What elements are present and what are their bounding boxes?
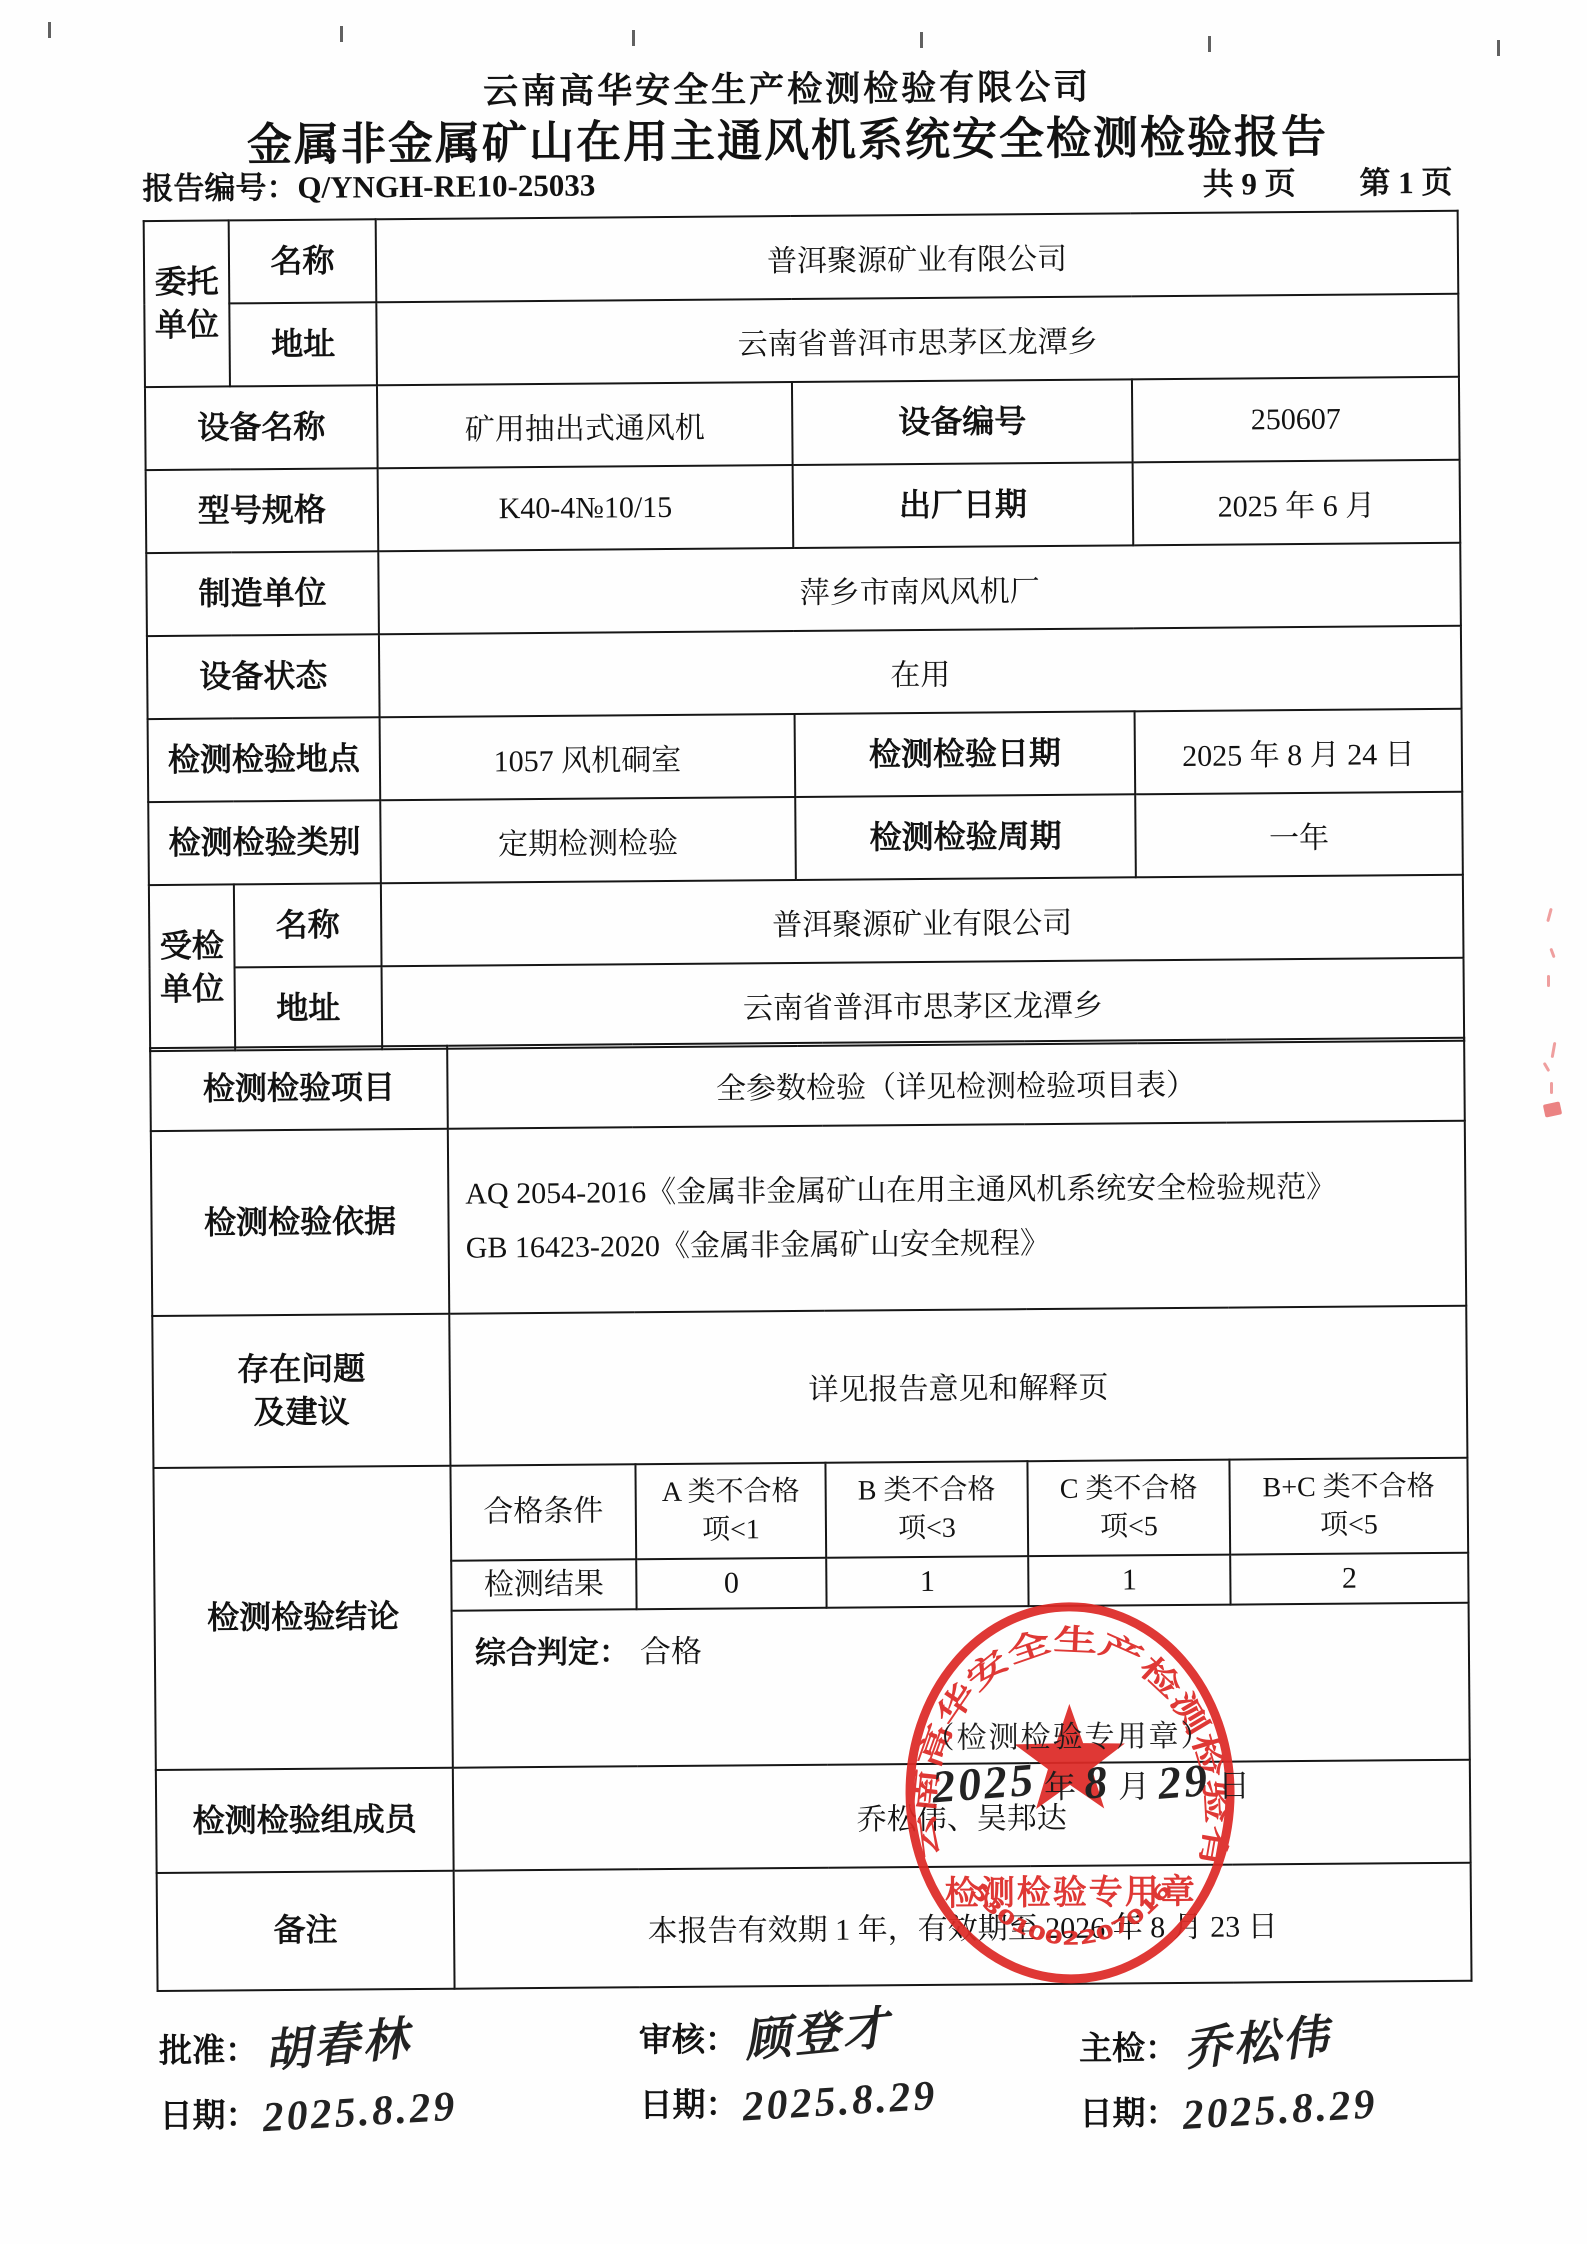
table-row: 制造单位 萍乡市南风风机厂 xyxy=(146,543,1461,636)
pages-total: 共 9 页 xyxy=(1203,166,1296,202)
insp-date-label: 检测检验日期 xyxy=(795,711,1136,797)
mfg-date-label: 出厂日期 xyxy=(793,462,1134,548)
inspected-addr-value: 云南省普洱市思茅区龙潭乡 xyxy=(382,958,1465,1049)
model-label: 型号规格 xyxy=(146,468,379,553)
location-value: 1057 风机硐室 xyxy=(380,714,796,800)
page-current: 第 1 页 xyxy=(1359,165,1452,201)
problems-label-line1: 存在问题 xyxy=(154,1347,449,1393)
chief-signature-block: 主检：乔松伟 日期：2025.8.29 xyxy=(1079,2004,1550,2136)
inspected-name-label: 名称 xyxy=(234,883,382,967)
seal-date-month-unit: 月 xyxy=(1118,1768,1150,1804)
table-row: 设备状态 在用 xyxy=(147,626,1462,719)
review-date-label: 日期： xyxy=(639,2087,738,2124)
client-name-label: 名称 xyxy=(229,219,377,303)
table-row: 检测检验类别 定期检测检验 检测检验周期 一年 xyxy=(148,792,1463,885)
location-label: 检测检验地点 xyxy=(148,717,381,802)
basis-value: AQ 2054-2016《金属非金属矿山在用主通风机系统安全检验规范》 GB 1… xyxy=(448,1121,1466,1314)
cat-b-limit: 项<3 xyxy=(827,1509,1027,1548)
inspected-group-label: 受检单位 xyxy=(149,884,235,1051)
approve-signature: 胡春林 xyxy=(261,2002,414,2082)
review-date: 2025.8.29 xyxy=(741,2072,939,2132)
inspected-name-value: 普洱聚源矿业有限公司 xyxy=(381,875,1464,966)
table-row: 地址 云南省普洱市思茅区龙潭乡 xyxy=(150,958,1465,1051)
seal-date-day: 29 xyxy=(1156,1753,1212,1810)
table-row: 备注 本报告有效期 1 年，有效期至 2026 年 8 月 23 日 xyxy=(157,1863,1472,1991)
approve-date-label: 日期： xyxy=(159,2098,258,2135)
items-label: 检测检验项目 xyxy=(150,1046,448,1131)
cat-c-limit: 项<5 xyxy=(1029,1507,1229,1546)
model-value: K40-4№10/15 xyxy=(378,465,794,551)
category-label: 检测检验类别 xyxy=(148,800,381,885)
document-sheet: 云南高华安全生产检测检验有限公司 金属非金属矿山在用主通风机系统安全检测检验报告… xyxy=(0,0,1587,2244)
conclusion-label: 检测检验结论 xyxy=(153,1466,452,1770)
chief-label: 主检： xyxy=(1079,2031,1178,2068)
table-row: 受检单位 名称 普洱聚源矿业有限公司 xyxy=(149,875,1464,968)
status-value: 在用 xyxy=(379,626,1462,717)
basis-line2: GB 16423-2020《金属非金属矿山安全规程》 xyxy=(466,1213,1465,1275)
table-row: 检测检验结论 合格条件 A 类不合格 项<1 B 类不合格 项<3 C 类不合格… xyxy=(153,1458,1468,1563)
seal-date-day-unit: 日 xyxy=(1218,1767,1250,1803)
cycle-label: 检测检验周期 xyxy=(795,794,1136,880)
review-signature-block: 审核：顾登才 日期：2025.8.29 xyxy=(639,1996,1110,2128)
table-row: 委托单位 名称 普洱聚源矿业有限公司 xyxy=(144,211,1459,304)
report-page: 云南高华安全生产检测检验有限公司 金属非金属矿山在用主通风机系统安全检测检验报告… xyxy=(0,0,1587,2244)
basis-label: 检测检验依据 xyxy=(151,1129,449,1316)
device-name-value: 矿用抽出式通风机 xyxy=(377,382,793,468)
report-number-value: Q/YNGH-RE10-25033 xyxy=(297,168,595,205)
chief-signature: 乔松伟 xyxy=(1181,2000,1334,2080)
remark-label: 备注 xyxy=(157,1871,455,1991)
manufacturer-value: 萍乡市南风风机厂 xyxy=(378,543,1461,634)
cat-bc-header: B+C 类不合格 项<5 xyxy=(1229,1458,1468,1555)
insp-date-value: 2025 年 8 月 24 日 xyxy=(1135,709,1463,795)
problems-label: 存在问题 及建议 xyxy=(152,1314,450,1468)
review-signature: 顾登才 xyxy=(741,1991,894,2071)
cat-c-title: C 类不合格 xyxy=(1029,1469,1229,1508)
approve-label: 批准： xyxy=(159,2033,258,2070)
problems-value: 详见报告意见和解释页 xyxy=(449,1306,1467,1466)
table-row: 检测检验依据 AQ 2054-2016《金属非金属矿山在用主通风机系统安全检验规… xyxy=(151,1121,1466,1316)
cat-a-header: A 类不合格 项<1 xyxy=(635,1463,826,1559)
problems-label-line2: 及建议 xyxy=(154,1390,449,1436)
table-row: 地址 云南省普洱市思茅区龙潭乡 xyxy=(144,294,1459,387)
report-number-label: 报告编号： xyxy=(142,170,297,206)
status-label: 设备状态 xyxy=(147,634,380,719)
result-bc: 2 xyxy=(1230,1553,1468,1605)
inspected-addr-label: 地址 xyxy=(235,966,383,1050)
table-row: 存在问题 及建议 详见报告意见和解释页 xyxy=(152,1306,1467,1468)
basis-line1: AQ 2054-2016《金属非金属矿山在用主通风机系统安全检验规范》 xyxy=(465,1159,1464,1221)
client-addr-label: 地址 xyxy=(229,302,377,386)
cat-a-title: A 类不合格 xyxy=(637,1472,825,1511)
table-row: 检测检验地点 1057 风机硐室 检测检验日期 2025 年 8 月 24 日 xyxy=(148,709,1463,802)
cond-label: 合格条件 xyxy=(450,1464,636,1560)
cat-b-title: B 类不合格 xyxy=(827,1471,1027,1510)
table-row: 设备名称 矿用抽出式通风机 设备编号 250607 xyxy=(145,377,1460,470)
mfg-date-value: 2025 年 6 月 xyxy=(1133,460,1461,546)
cat-bc-title: B+C 类不合格 xyxy=(1231,1467,1467,1507)
device-no-value: 250607 xyxy=(1132,377,1460,463)
seal-date-month: 8 xyxy=(1082,1755,1112,1810)
review-label: 审核： xyxy=(639,2022,738,2059)
verdict-value: 合格 xyxy=(640,1634,702,1669)
client-addr-value: 云南省普洱市思茅区龙潭乡 xyxy=(376,294,1459,385)
cat-bc-limit: 项<5 xyxy=(1231,1505,1467,1545)
category-value: 定期检测检验 xyxy=(380,797,796,883)
seal-date-line: 2025年8月29日 xyxy=(932,1753,1392,1810)
info-table: 委托单位 名称 普洱聚源矿业有限公司 地址 云南省普洱市思茅区龙潭乡 设备名称 … xyxy=(143,210,1466,1052)
table-row: 型号规格 K40-4№10/15 出厂日期 2025 年 6 月 xyxy=(146,460,1461,553)
result-a: 0 xyxy=(636,1558,826,1609)
device-no-label: 设备编号 xyxy=(792,379,1133,465)
cat-b-header: B 类不合格 项<3 xyxy=(825,1461,1028,1558)
cat-a-limit: 项<1 xyxy=(637,1510,825,1549)
chief-date-label: 日期： xyxy=(1079,2096,1178,2133)
cat-c-header: C 类不合格 项<5 xyxy=(1027,1460,1230,1557)
approve-signature-block: 批准：胡春林 日期：2025.8.29 xyxy=(159,2006,630,2138)
table-row: 检测检验项目 全参数检验（详见检测检验项目表） xyxy=(150,1038,1465,1131)
manufacturer-label: 制造单位 xyxy=(146,551,379,636)
device-name-label: 设备名称 xyxy=(145,385,378,470)
seal-caption: （检测检验专用章） xyxy=(924,1710,1324,1757)
seal-date-year: 2025 xyxy=(930,1753,1038,1814)
items-value: 全参数检验（详见检测检验项目表） xyxy=(447,1038,1465,1129)
verdict-label: 综合判定： xyxy=(475,1634,630,1670)
seal-date-year-unit: 年 xyxy=(1044,1769,1076,1805)
report-number: 报告编号：Q/YNGH-RE10-25033 xyxy=(142,160,595,209)
approve-date: 2025.8.29 xyxy=(261,2083,459,2143)
client-name-value: 普洱聚源矿业有限公司 xyxy=(376,211,1459,302)
cycle-value: 一年 xyxy=(1135,792,1463,878)
page-info: 共 9 页 第 1 页 xyxy=(1146,157,1452,204)
chief-date: 2025.8.29 xyxy=(1181,2080,1379,2140)
client-group-label: 委托单位 xyxy=(144,220,230,387)
team-label: 检测检验组成员 xyxy=(156,1768,454,1873)
result-label: 检测结果 xyxy=(451,1559,636,1610)
result-table: 检测检验项目 全参数检验（详见检测检验项目表） 检测检验依据 AQ 2054-2… xyxy=(149,1037,1472,1992)
